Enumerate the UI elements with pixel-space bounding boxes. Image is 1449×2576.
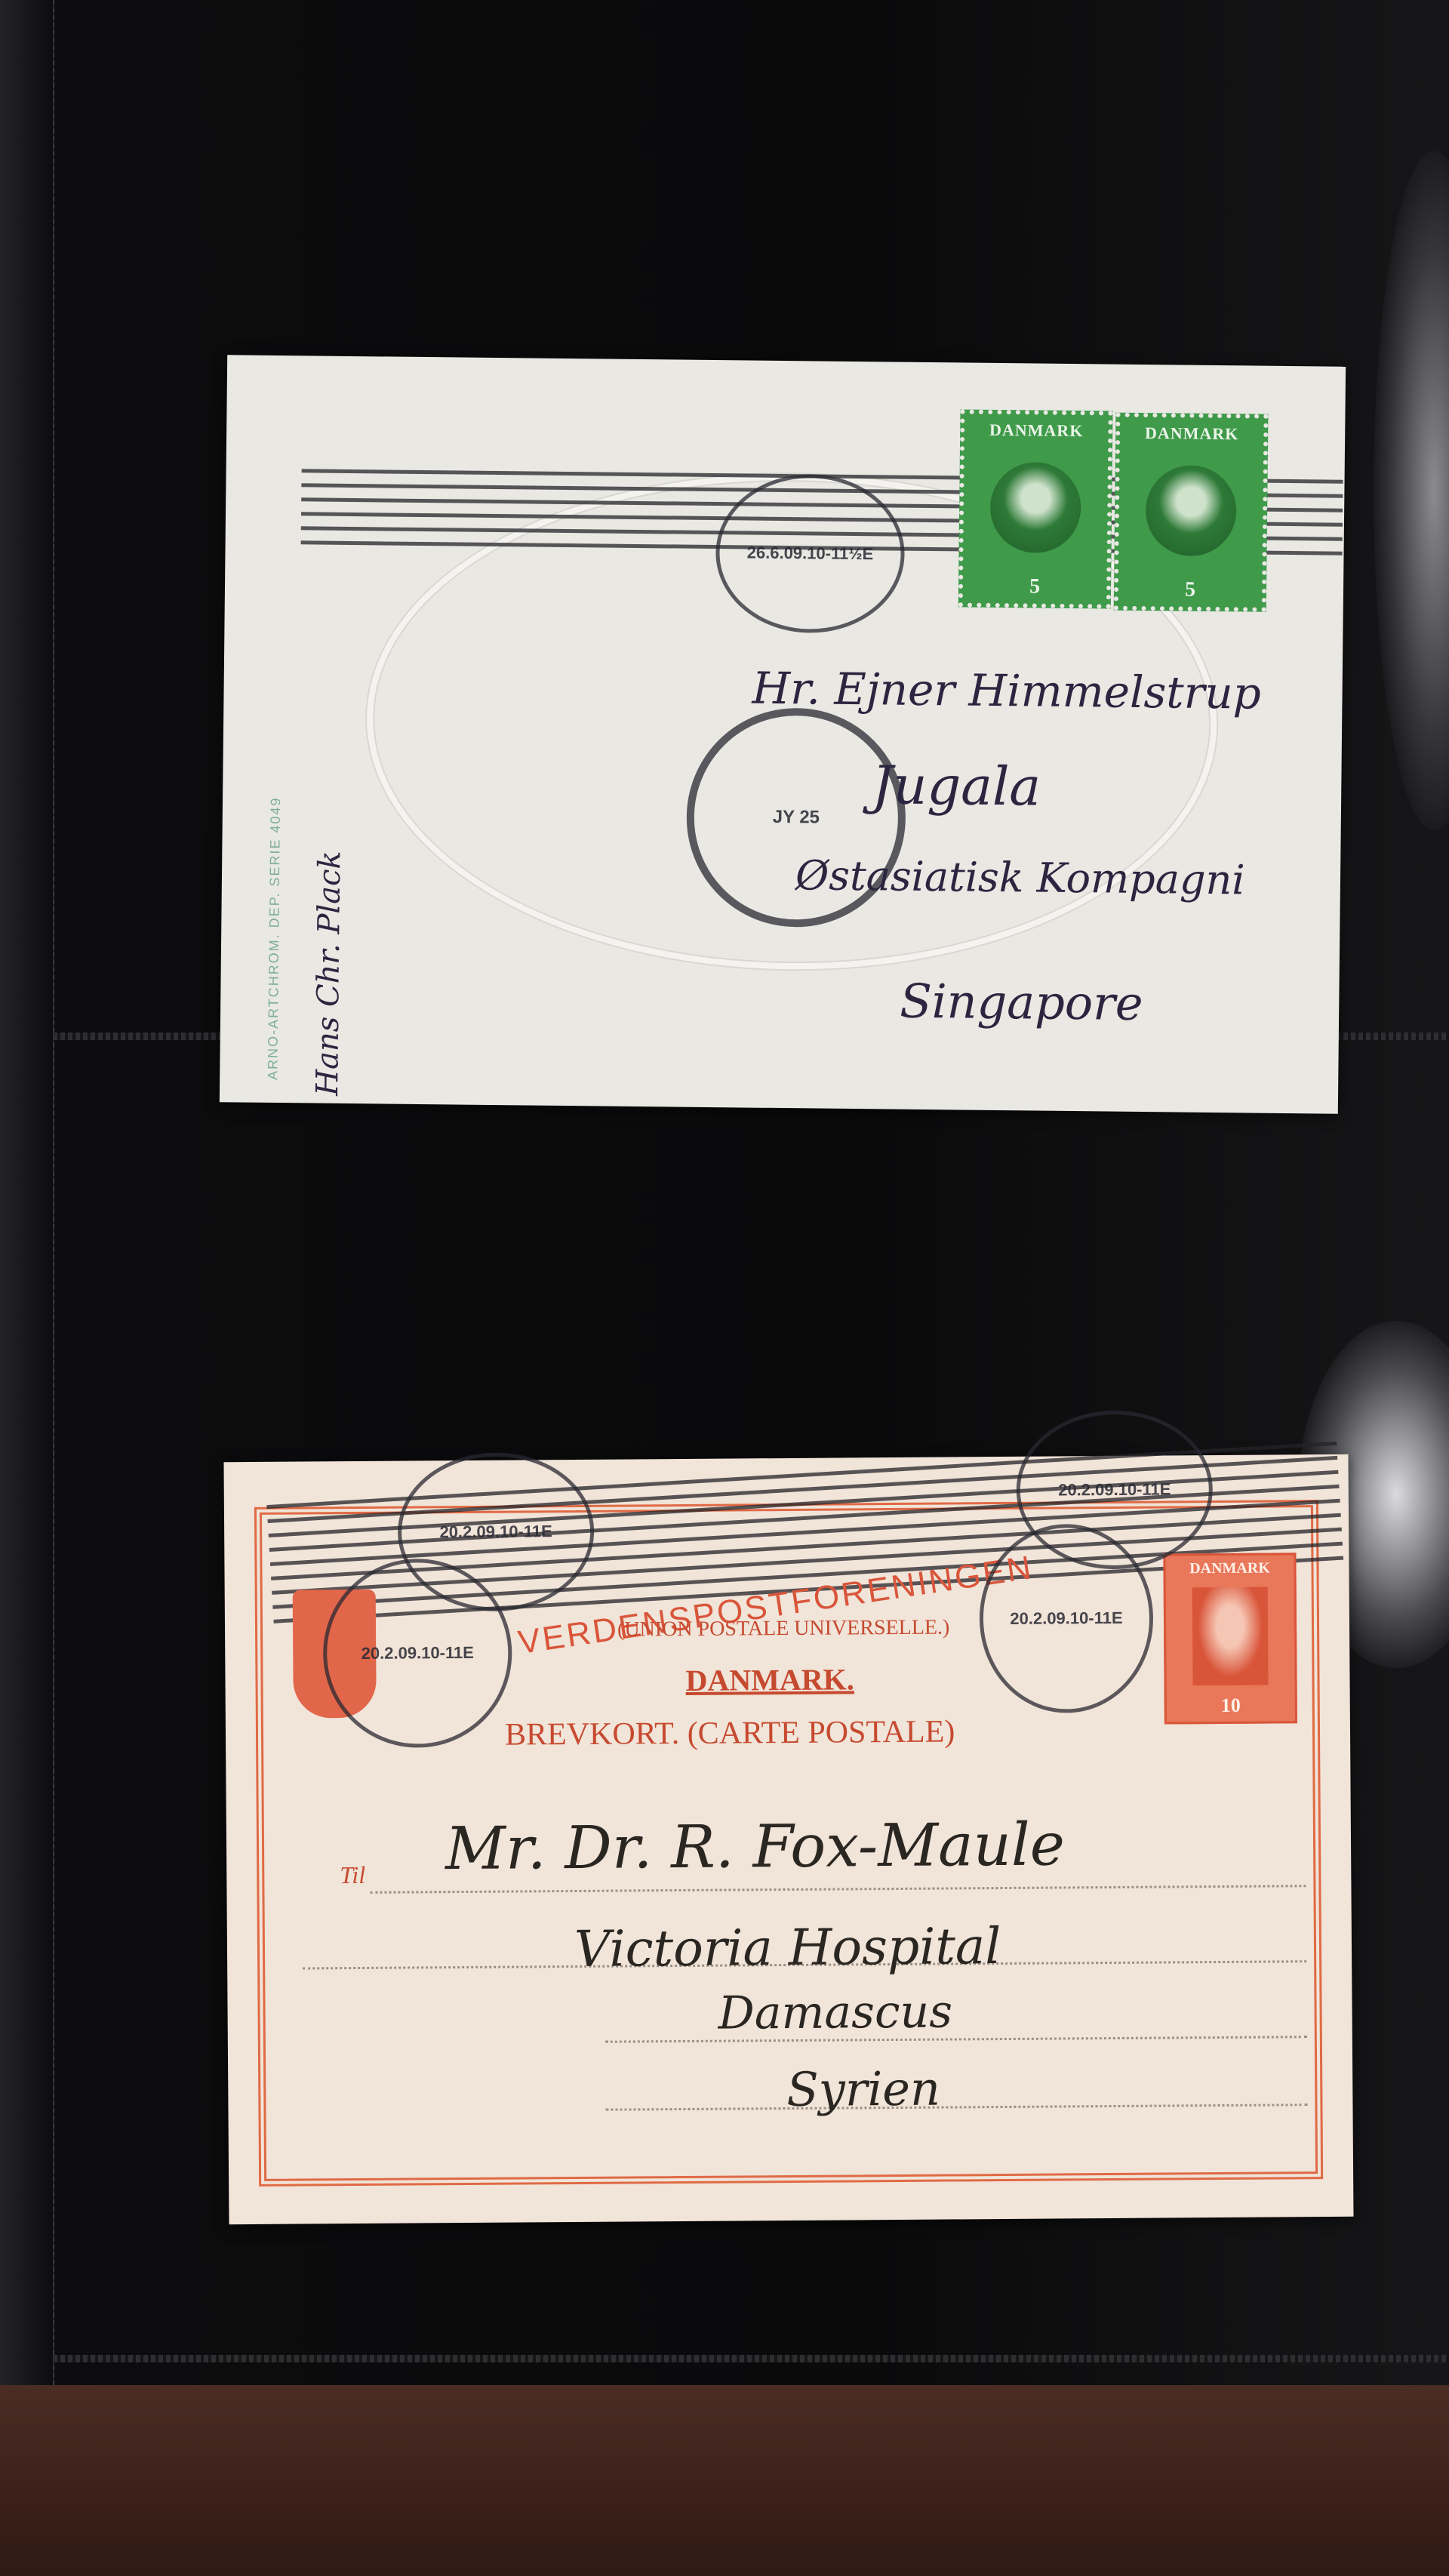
card-label: BREVKORT. (CARTE POSTALE) <box>505 1713 955 1753</box>
stamp-5-ore-2: DANMARK 5 <box>1114 413 1269 612</box>
country-title: DANMARK. <box>685 1661 854 1698</box>
address-line-3: Damascus <box>718 1985 952 2039</box>
postcard-singapore: DANMARK 5 DANMARK 5 26.6.09.10-11½E JY 2… <box>220 355 1346 1113</box>
postmark-date: 20.2.09.10-11E <box>1010 1608 1122 1629</box>
postal-card-damascus: VERDENSPOSTFORENINGEN (UNION POSTALE UNI… <box>223 1454 1353 2224</box>
postmark-date: 20.2.09.10-11E <box>1058 1479 1171 1500</box>
copenhagen-postmark: 26.6.09.10-11½E <box>715 473 905 634</box>
table-surface <box>0 2385 1449 2576</box>
stamp-country: DANMARK <box>1145 423 1239 444</box>
address-line-4: Singapore <box>900 974 1143 1031</box>
postmark-date: 20.2.09.10-11E <box>361 1643 474 1663</box>
sleeve-glare-top <box>1374 151 1449 830</box>
publisher-imprint: ARNO-ARTCHROM. DEP. SERIE 4049 <box>265 796 284 1080</box>
address-line-2: Victoria Hospital <box>574 1917 1001 1978</box>
indicia-value: 10 <box>1221 1694 1241 1717</box>
king-portrait-icon <box>990 462 1081 553</box>
stamp-value: 5 <box>1185 578 1195 602</box>
address-line-1: Hr. Ejner Himmelstrup <box>752 663 1261 719</box>
to-label: Til <box>340 1861 365 1889</box>
king-portrait-icon <box>1192 1587 1269 1685</box>
stamp-country: DANMARK <box>989 420 1084 441</box>
aarhus-postmark-2: 20.2.09.10-11E <box>397 1452 594 1612</box>
aarhus-postmark-4: 20.2.09.10-11E <box>1016 1410 1213 1570</box>
postmark-date: JY 25 <box>773 807 820 829</box>
postmark-date: 20.2.09.10-11E <box>439 1522 552 1542</box>
address-line-1: Mr. Dr. R. Fox-Maule <box>445 1811 1065 1883</box>
indicia-country: DANMARK <box>1189 1560 1270 1578</box>
stamp-value: 5 <box>1029 574 1040 599</box>
address-line-3: Østasiatisk Kompagni <box>795 851 1245 903</box>
king-portrait-icon <box>1146 465 1237 556</box>
message-text: Hans Chr. Plack <box>310 417 352 1096</box>
stamp-5-ore-1: DANMARK 5 <box>958 409 1113 608</box>
upu-subtitle: (UNION POSTALE UNIVERSELLE.) <box>617 1616 949 1642</box>
sleeve-divider-bottom <box>53 2355 1449 2362</box>
album-spine <box>0 0 54 2385</box>
address-line-2: Jugala <box>872 754 1041 817</box>
imprinted-stamp-10-ore: DANMARK 10 <box>1163 1553 1297 1724</box>
postmark-date: 26.6.09.10-11½E <box>747 543 874 564</box>
address-line-4: Syrien <box>786 2061 940 2117</box>
